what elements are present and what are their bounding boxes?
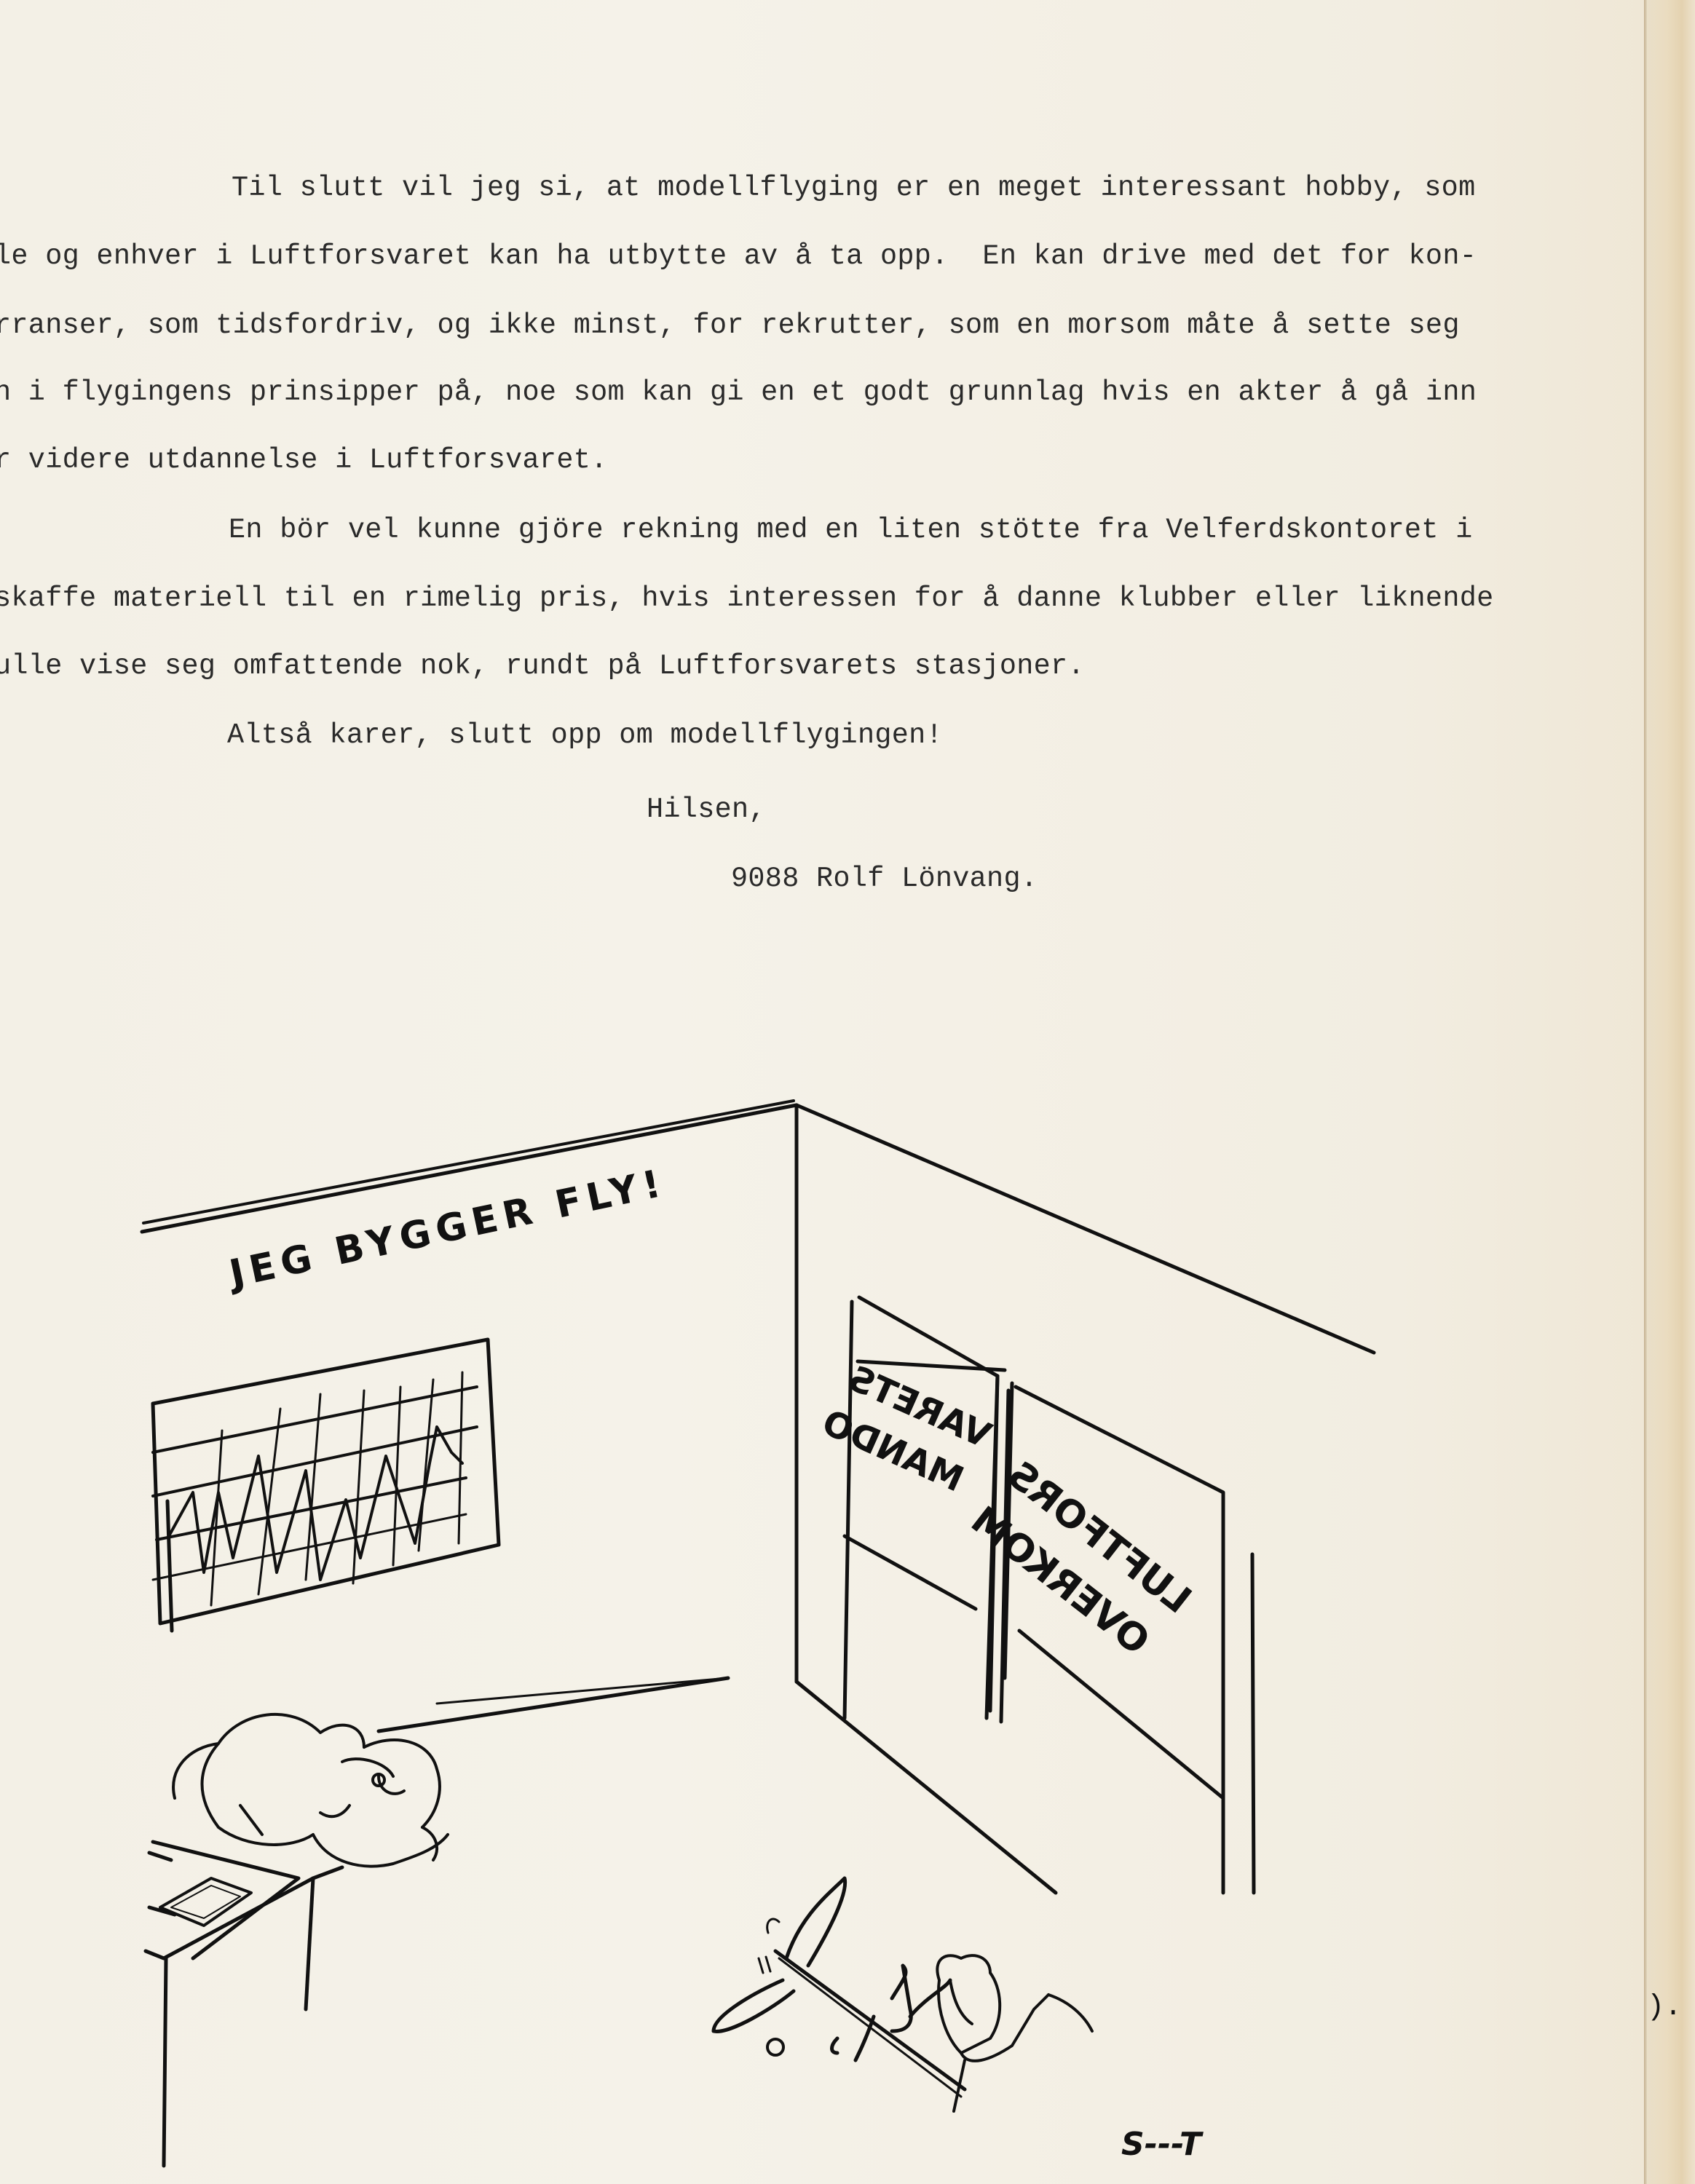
- artist-signature: S---T: [1121, 2126, 1204, 2163]
- door-sign-right: LUFTFORS OVERKOM: [963, 1452, 1199, 1669]
- door-sign-left: VARETS MANDO: [816, 1356, 997, 1503]
- room-walls: [142, 1101, 1374, 1893]
- svg-text:S---T: S---T: [1121, 2126, 1204, 2163]
- wall-chart: [153, 1340, 499, 1631]
- wall-caption: JEG BYGGER FLY!: [224, 1161, 670, 1297]
- man-at-desk: [173, 1678, 728, 1867]
- model-airplane: [714, 1878, 965, 2097]
- svg-text:JEG BYGGER FLY!: JEG BYGGER FLY!: [224, 1161, 670, 1297]
- cartoon-illustration: JEG BYGGER FLY! VARETS MANDO LUFTFOR: [0, 0, 1695, 2184]
